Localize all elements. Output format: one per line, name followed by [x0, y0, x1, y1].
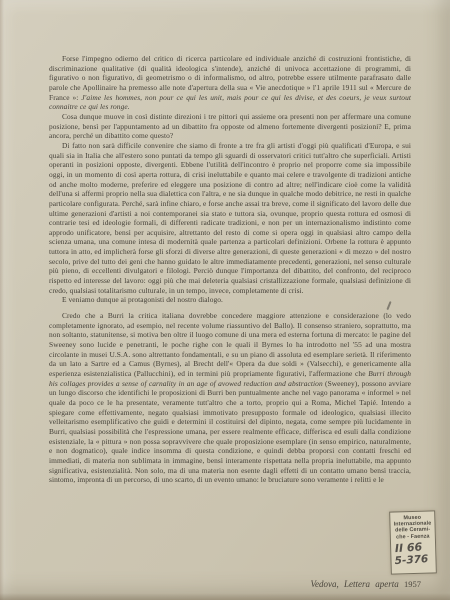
- inventory-number-line1: II 66: [393, 541, 434, 554]
- inventory-number-line2: 5-376: [393, 554, 434, 567]
- caption-title: Lettera aperta: [344, 579, 399, 589]
- text-block: Forse l'impegno odierno del critico di r…: [49, 54, 411, 485]
- stamp-text-line: che - Faenza: [393, 533, 433, 540]
- caption-year: 1957: [404, 579, 421, 589]
- paragraph: Di fatto non sarà difficile convenire ch…: [49, 141, 411, 296]
- paragraph: Credo che a Burri la critica italiana do…: [49, 311, 411, 485]
- caption-artist: Vedova,: [311, 579, 339, 589]
- stamp-text: MuseoInternazionaledelle Cerami-che - Fa…: [392, 514, 433, 540]
- scanned-document-page: Forse l'impegno odierno del critico di r…: [0, 0, 450, 600]
- page-edge-shading-bottom: [0, 593, 450, 600]
- museum-stamp: MuseoInternazionaledelle Cerami-che - Fa…: [389, 510, 437, 574]
- paragraph: Forse l'impegno odierno del critico di r…: [49, 54, 411, 112]
- page-edge-shading-left: [0, 0, 4, 600]
- paragraph: E veniamo dunque ai protagonisti del nos…: [49, 295, 411, 305]
- stamp-handwriting: II 66 5-376: [393, 541, 434, 567]
- paragraph: Cosa dunque muove in così distinte direz…: [49, 112, 411, 141]
- caption: Vedova, Lettera aperta 1957: [311, 579, 422, 589]
